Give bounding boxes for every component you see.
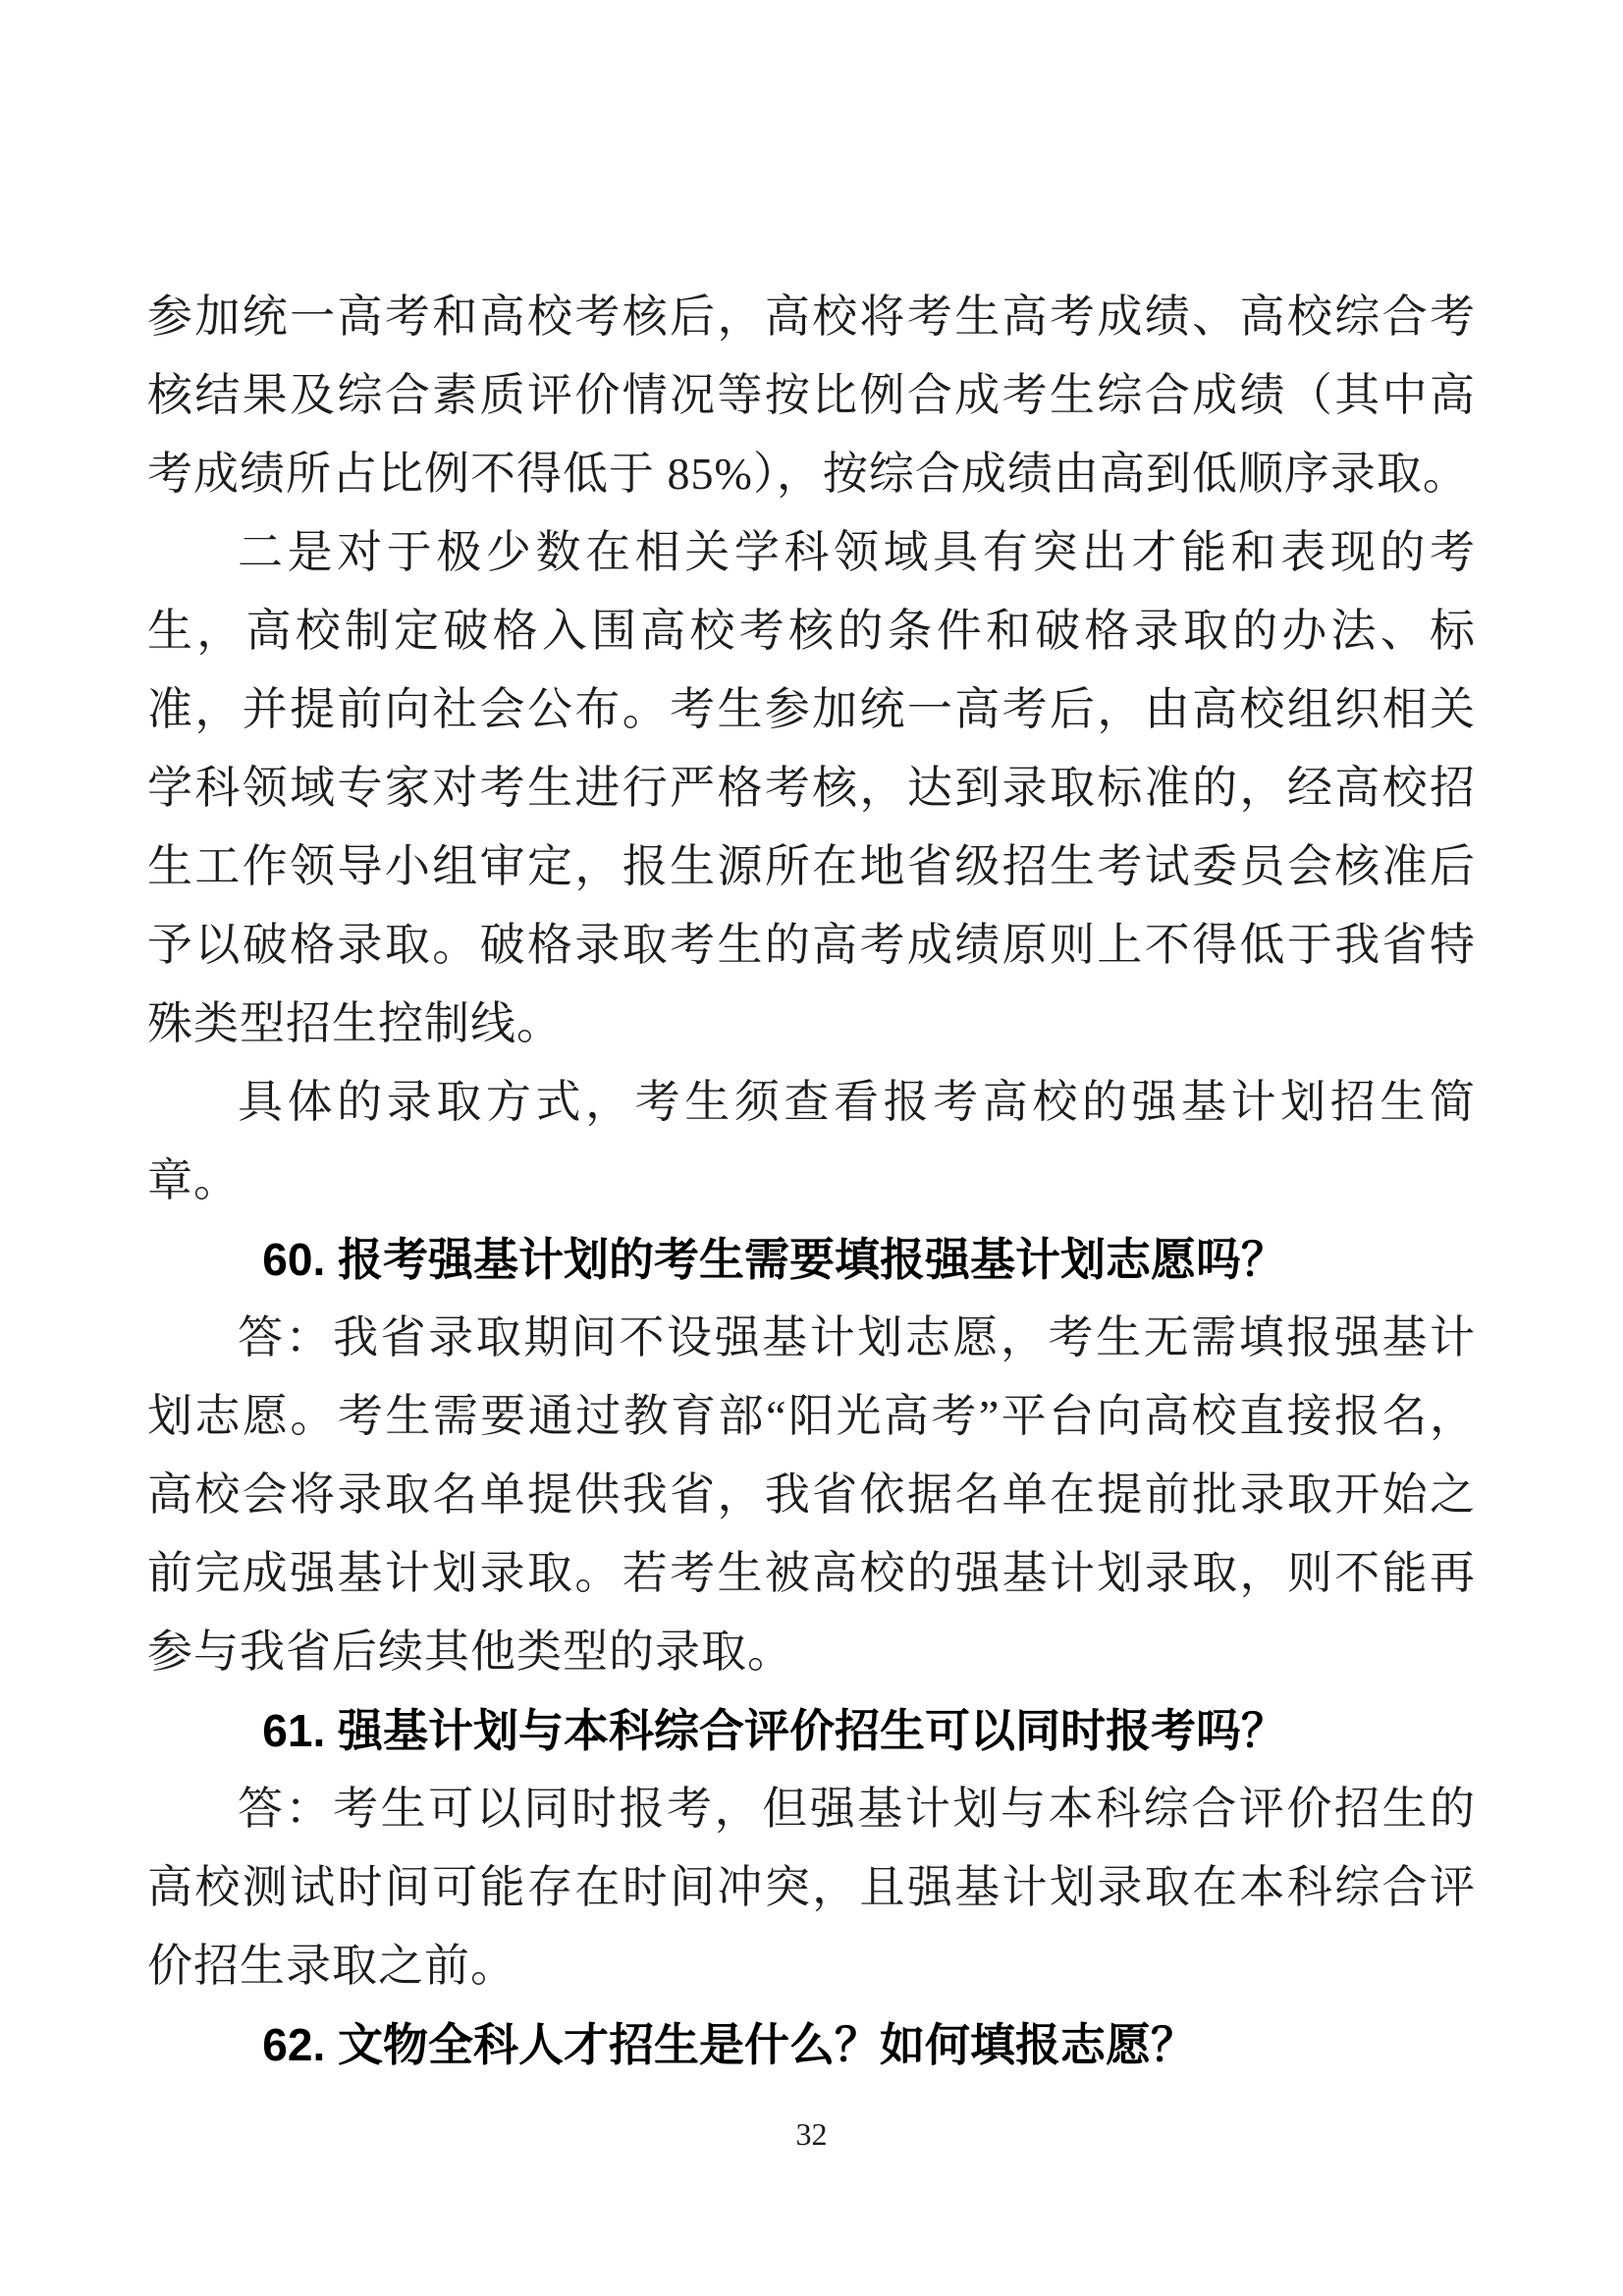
question-heading-62: 62. 文物全科人才招生是什么？如何填报志愿？ [147, 2005, 1476, 2084]
question-heading-61: 61. 强基计划与本科综合评价招生可以同时报考吗？ [147, 1691, 1476, 1770]
paragraph-answer-60: 答：我省录取期间不设强基计划志愿，考生无需填报强基计划志愿。考生需要通过教育部“… [147, 1299, 1476, 1691]
paragraph-see-enrollment-guide: 具体的录取方式，考生须查看报考高校的强基计划招生简章。 [147, 1063, 1476, 1220]
paragraph-composite-score-admission: 参加统一高考和高校考核后，高校将考生高考成绩、高校综合考核结果及综合素质评价情况… [147, 278, 1476, 513]
page-number: 32 [0, 2116, 1623, 2153]
paragraph-exceptional-talent-admission: 二是对于极少数在相关学科领域具有突出才能和表现的考生，高校制定破格入围高校考核的… [147, 513, 1476, 1063]
question-heading-60: 60. 报考强基计划的考生需要填报强基计划志愿吗？ [147, 1220, 1476, 1299]
document-content: 参加统一高考和高校考核后，高校将考生高考成绩、高校综合考核结果及综合素质评价情况… [147, 278, 1476, 2084]
document-page: 参加统一高考和高校考核后，高校将考生高考成绩、高校综合考核结果及综合素质评价情况… [0, 0, 1623, 2296]
paragraph-answer-61: 答：考生可以同时报考，但强基计划与本科综合评价招生的高校测试时间可能存在时间冲突… [147, 1770, 1476, 2005]
